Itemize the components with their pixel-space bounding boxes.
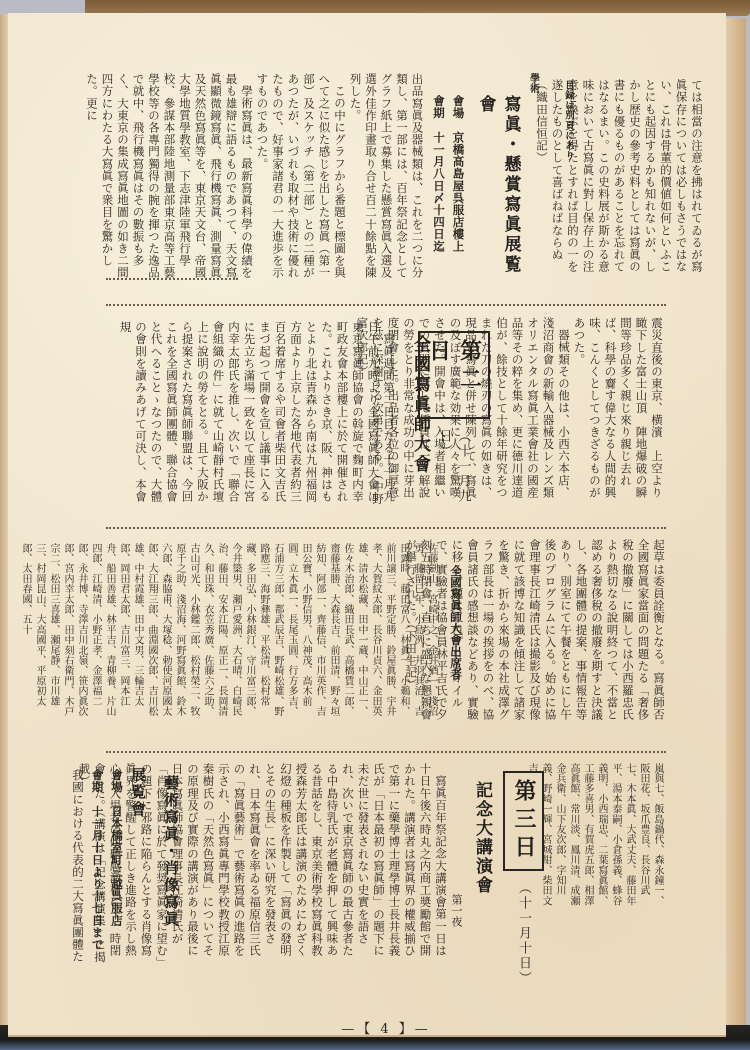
venue-line: 會場 京橋高島屋呉服店樓上 (450, 95, 466, 285)
attendee-names-continued: 嵐與七、飯島鍋代、森永鐘一、阪田花、坂爪豊良、長谷川武七、木本眞、大武丈夫、藤田… (552, 763, 664, 913)
page-stack-right-edge (724, 18, 746, 1048)
page-number: —【 4 】— (326, 1018, 446, 1037)
venue-label: 會場 (452, 95, 466, 119)
day3-body: 寫眞百年祭記念大講演會第一日は十日午後六時丸之内商工奬勵館で開かれた。講演者は寫… (188, 763, 448, 963)
period-line: 會期 十一月八日〆十四日迄 (431, 95, 447, 285)
section-divider (106, 751, 666, 753)
exhibition-continued: 震災直後の東京、横濱 上空より瞰下した富士山頂 陣地爆破の瞬間等珍品多く親じ來り… (474, 317, 664, 507)
exhibition-title: 寫眞・懸賞寫眞展覧會 (474, 95, 524, 285)
day2-body: 寫眞週間第二日目たる十一月九日午前九時より全國寫眞師大會は東京寫眞師協會の斡旋で… (56, 321, 396, 511)
section-divider (106, 527, 666, 529)
paragraph: この中にグラフから番題と標圖を與へて之に似た感じを出した寫眞（第一部）及スケッチ… (254, 73, 347, 283)
period-label: 會期 (432, 95, 446, 119)
section-divider (106, 304, 666, 306)
band-4: 嵐與七、飯島鍋代、森永鐘一、阪田花、坂爪豊良、長谷川武七、木本眞、大武丈夫、藤田… (56, 759, 704, 989)
paragraph: 震災直後の東京、横濱 上空より瞰下した富士山頂 陣地爆破の瞬間等珍品多く親じ來り… (571, 317, 664, 507)
paragraph: 出品寫眞及器械類は、これを二つに分類し、第一部には、百年祭記念としてグラフ紙上で… (347, 73, 425, 283)
paragraph: 起草は委員詮衡となる。寫眞師否全國寫眞家當面の問題たる「奢侈稅の撤廢」に關しては… (403, 539, 667, 729)
band-3: 起草は委員詮衡となる。寫眞師否全國寫眞家當面の問題たる「奢侈稅の撤廢」に關しては… (56, 535, 704, 745)
names-text: 佐藤劍山、宮崎中之、金井猶一、淺沼勇、藤留巳年、小島洌、井羽其治、吉田露時、藤田… (18, 543, 438, 723)
day3-title-group: 記念大講演會 (470, 781, 495, 989)
paragraph: 學術寫眞は、最新寫眞科學の偉績を最も雄辯に語るものであつて、天文寫眞顯微鏡寫眞、… (84, 73, 255, 283)
venue-value: 京橋高島屋呉服店樓上 (452, 131, 466, 252)
exhibition-venue-info: 會場 京橋高島屋呉服店樓上 會期 十一月八日〆十四日迄 (425, 95, 466, 285)
exhibition-body: 出品寫眞及器械類は、これを二つに分類し、第一部には、百年祭記念としてグラフ紙上で… (56, 73, 425, 283)
period-value: 十一月八日〆十四日迄 (432, 131, 446, 252)
history-exhibit-article-end: ては相當の注意を拂はれてゐるが寫眞保存については必しもさうではない、これは骨董的… (584, 79, 704, 284)
document-page: ては相當の注意を拂はれてゐるが寫眞保存については必しもさうではない、これは骨董的… (8, 13, 726, 1037)
meeting-continued: 起草は委員詮衡となる。寫眞師否全國寫眞家當面の問題たる「奢侈稅の撤廢」に關しては… (470, 539, 666, 729)
paragraph: 器械類その他は、小西六本店、淺沼商會の新輸入器械及レンズ類オリエンタル寫眞工業會… (354, 317, 571, 507)
day3-title: 記念大講演會 (472, 781, 492, 895)
article-text: ては相當の注意を拂はれてゐるが寫眞保存については必しもさうではない、これは骨董的… (534, 79, 705, 284)
band-1: ては相當の注意を拂はれてゐるが寫眞保存については必しもさうではない、これは骨董的… (56, 55, 704, 285)
paragraph: 寫眞百年祭記念大講演會第一日は十日午後六時丸之内商工奬勵館で開かれた。講演者は寫… (76, 763, 448, 963)
names-text: 嵐與七、飯島鍋代、森永鐘一、阪田花、坂爪豊良、長谷川武七、木本眞、大武丈夫、藤田… (524, 763, 664, 913)
section-divider (106, 278, 238, 280)
attendee-names-list: 佐藤劍山、宮崎中之、金井猶一、淺沼勇、藤留巳年、小島洌、井羽其治、吉田露時、藤田… (18, 543, 438, 723)
day3-subtitle: 第一夜 (448, 894, 464, 989)
band-2: 震災直後の東京、横濱 上空より瞰下した富士山頂 陣地爆破の瞬間等珍品多く親じ來り… (56, 313, 704, 518)
day3-title-line: 記念大講演會 (470, 781, 495, 895)
